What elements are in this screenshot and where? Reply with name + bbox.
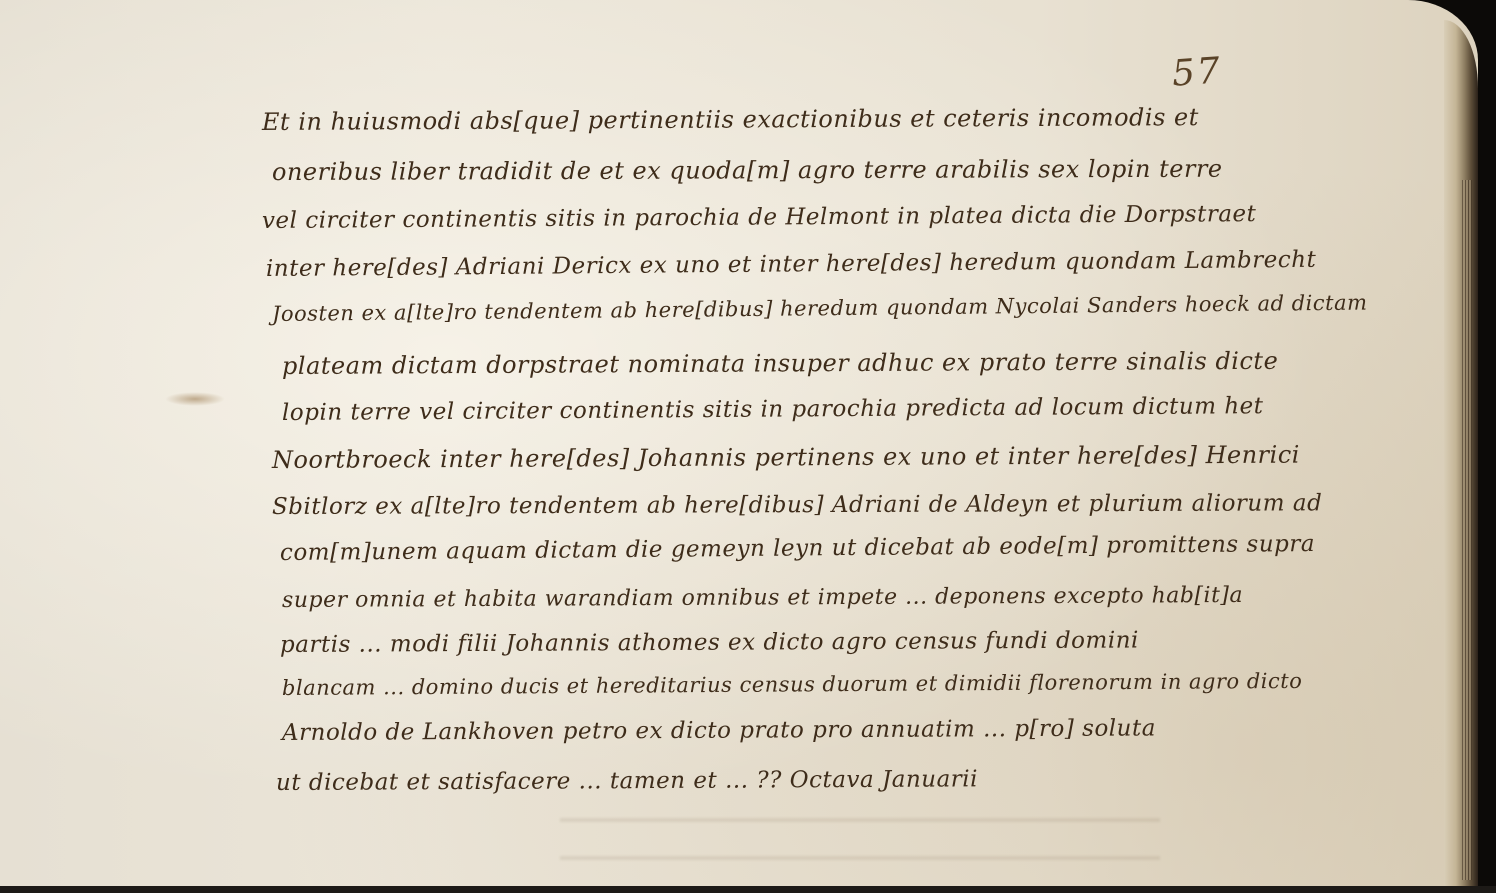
page-edge-layers [1462,180,1472,880]
bleed-through-text [560,800,1160,880]
text-line-14: Arnoldo de Lankhoven petro ex dicto prat… [282,715,1156,746]
text-line-12: partis ... modi filii Johannis athomes e… [280,628,1139,658]
folio-number: 57 [1171,50,1224,94]
text-line-15: ut dicebat et satisfacere ... tamen et .… [276,766,978,796]
text-line-6: plateam dictam dorpstraet nominata insup… [282,347,1278,380]
page-edge [1444,20,1478,886]
ink-stain [165,392,225,406]
text-line-5: Joosten ex a[lte]ro tendentem ab here[di… [272,291,1368,326]
bottom-border [0,886,1496,893]
text-line-3: vel circiter continentis sitis in paroch… [262,201,1257,234]
text-line-8: Noortbroeck inter here[des] Johannis per… [272,441,1300,474]
text-line-13: blancam ... domino ducis et hereditarius… [282,669,1302,700]
text-line-10: com[m]unem aquam dictam die gemeyn leyn … [280,531,1315,566]
text-line-7: lopin terre vel circiter continentis sit… [282,393,1264,426]
text-line-11: super omnia et habita warandiam omnibus … [282,583,1243,613]
text-line-4: inter here[des] Adriani Dericx ex uno et… [266,247,1316,282]
text-line-1: Et in huiusmodi abs[que] pertinentiis ex… [262,103,1199,136]
manuscript-page: 57 Et in huiusmodi abs[que] pertinentiis… [0,0,1478,886]
text-line-2: oneribus liber tradidit de et ex quoda[m… [272,155,1223,186]
text-line-9: Sbitlorz ex a[lte]ro tendentem ab here[d… [272,490,1322,520]
